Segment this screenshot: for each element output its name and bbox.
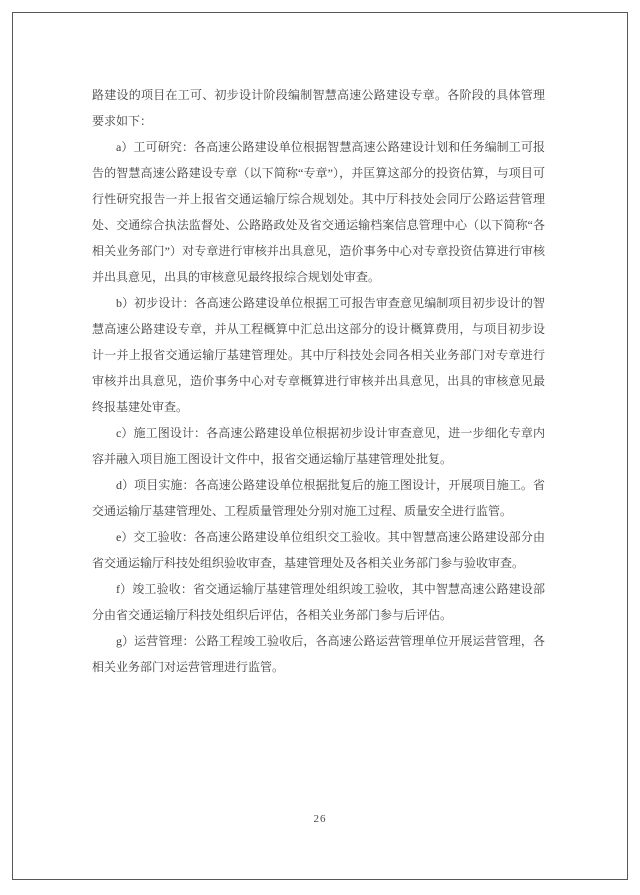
paragraph-item-d: d）项目实施：各高速公路建设单位根据批复后的施工图设计，开展项目施工。省交通运输… bbox=[92, 472, 545, 524]
paragraph-continuation: 路建设的项目在工可、初步设计阶段编制智慧高速公路建设专章。各阶段的具体管理要求如… bbox=[92, 82, 545, 134]
paragraph-item-g: g）运营管理：公路工程竣工验收后，各高速公路运营管理单位开展运营管理，各相关业务… bbox=[92, 628, 545, 680]
paragraph-item-b: b）初步设计：各高速公路建设单位根据工可报告审查意见编制项目初步设计的智慧高速公… bbox=[92, 290, 545, 420]
page-number: 26 bbox=[0, 813, 640, 825]
paragraph-item-a: a）工可研究：各高速公路建设单位根据智慧高速公路建设计划和任务编制工可报告的智慧… bbox=[92, 134, 545, 290]
document-body: 路建设的项目在工可、初步设计阶段编制智慧高速公路建设专章。各阶段的具体管理要求如… bbox=[92, 82, 545, 680]
paragraph-item-f: f）竣工验收：省交通运输厅基建管理处组织竣工验收，其中智慧高速公路建设部分由省交… bbox=[92, 576, 545, 628]
paragraph-item-c: c）施工图设计：各高速公路建设单位根据初步设计审查意见，进一步细化专章内容并融入… bbox=[92, 420, 545, 472]
paragraph-item-e: e）交工验收：各高速公路建设单位组织交工验收。其中智慧高速公路建设部分由省交通运… bbox=[92, 524, 545, 576]
